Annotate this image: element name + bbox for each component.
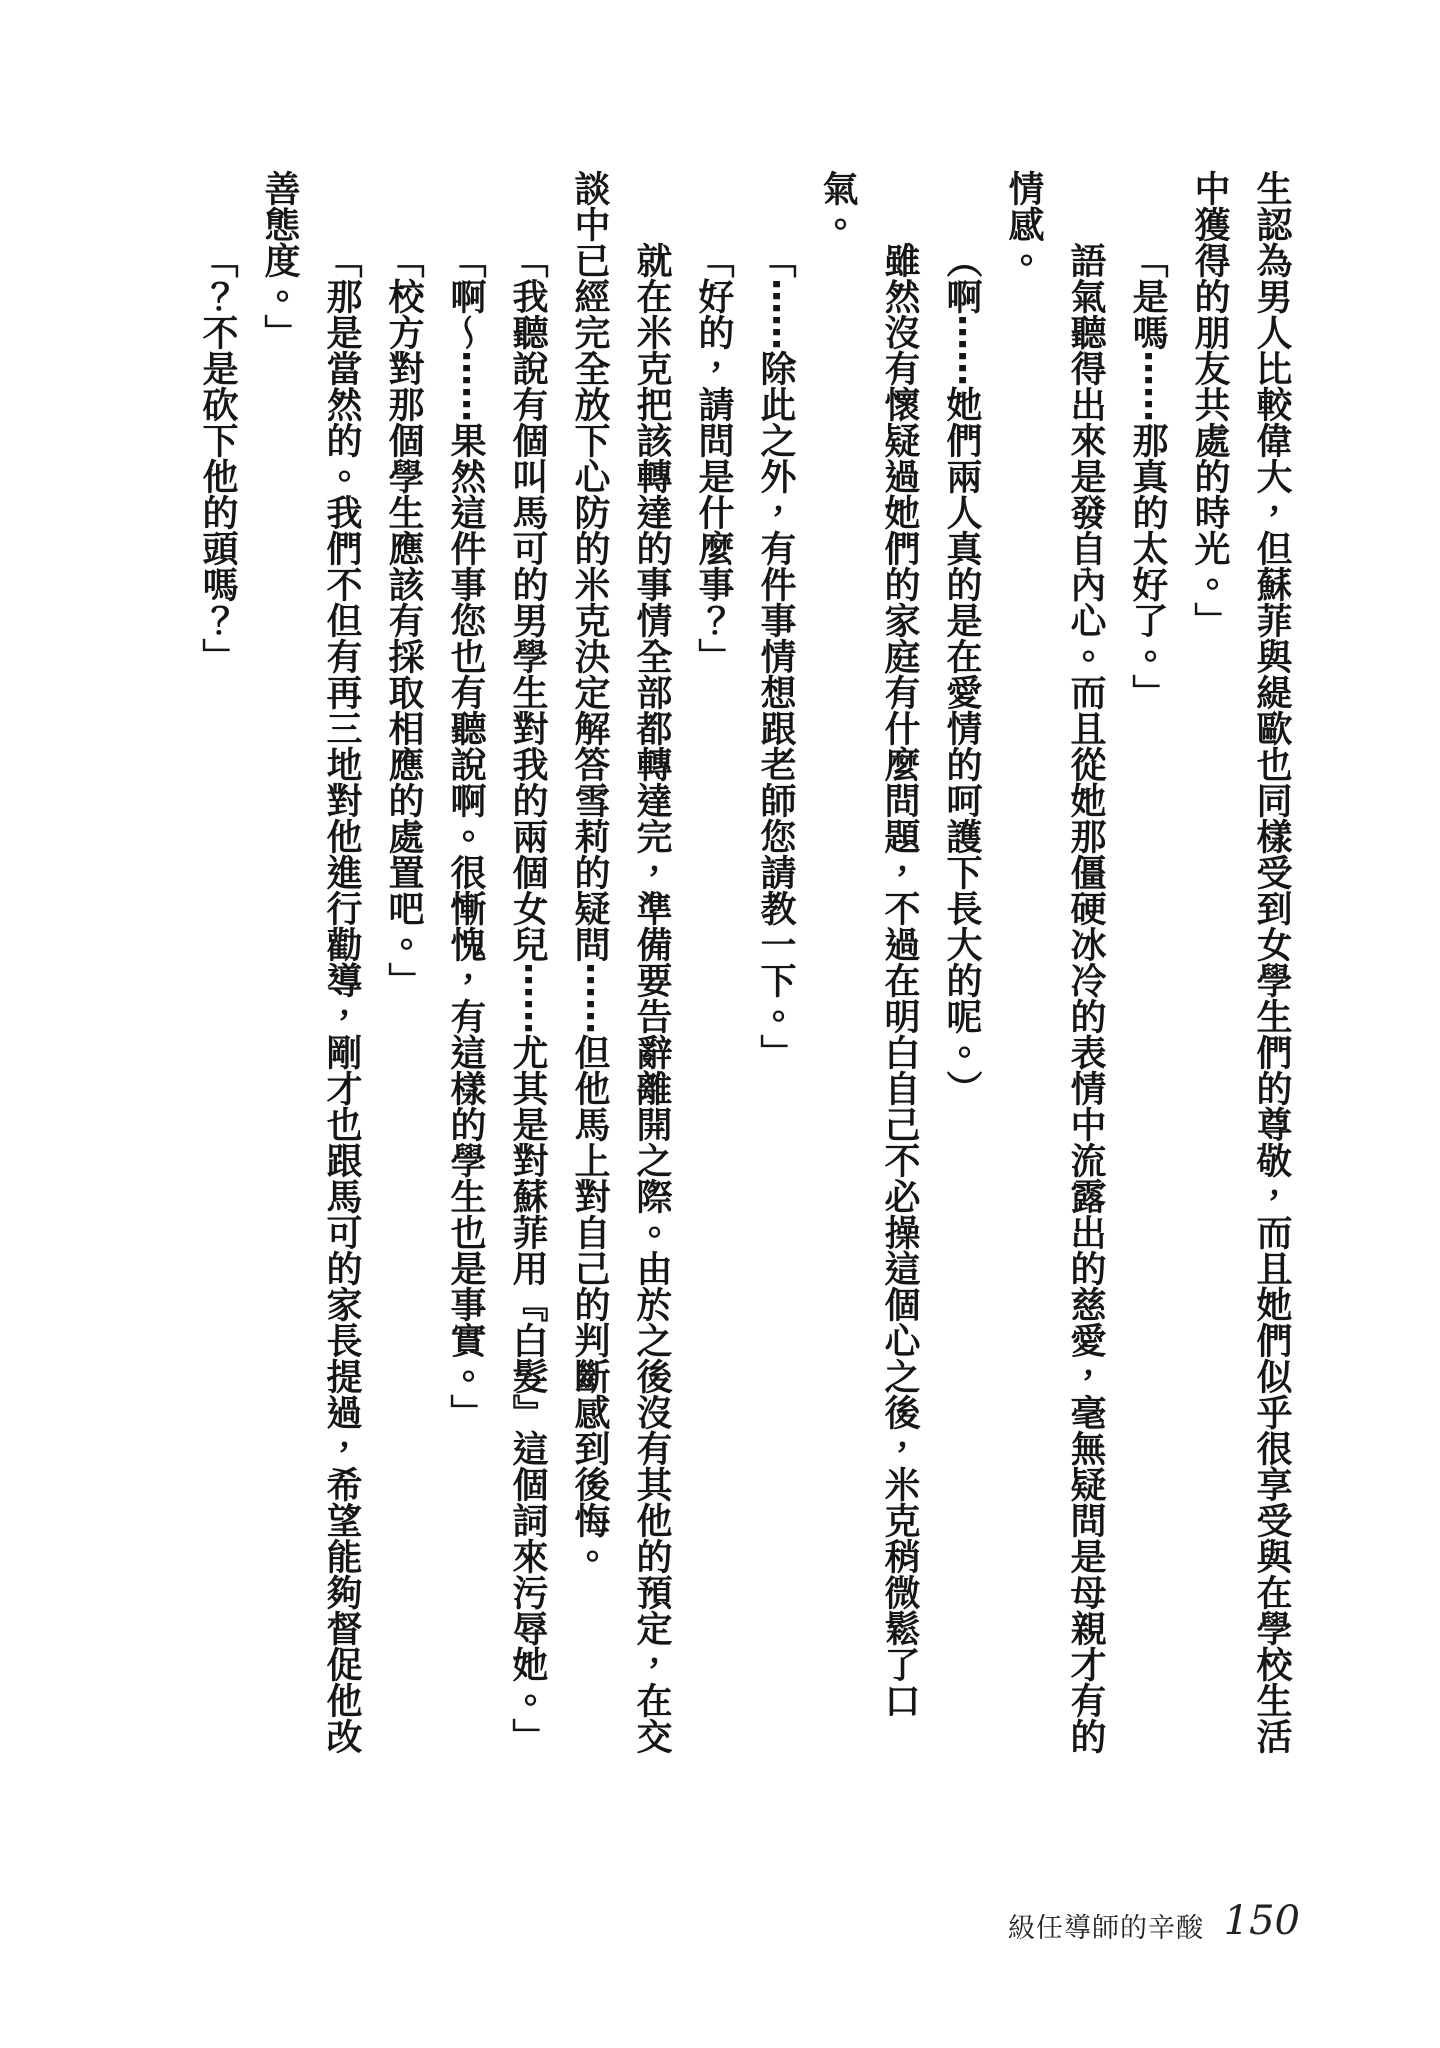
paragraph: 「那是當然的。我們不但有再三地對他進行勸導，剛才也跟馬可的家長提過，希望能夠督促… (248, 170, 372, 1754)
paragraph: （啊⋯⋯她們兩人真的是在愛情的呵護下長大的呢。） (930, 170, 992, 1754)
paragraph: 「⋯⋯除此之外，有件事情想跟老師您請教一下。」 (744, 170, 806, 1754)
paragraph: 雖然沒有懷疑過她們的家庭有什麼問題，不過在明白自己不必操這個心之後，米克稍微鬆了… (806, 170, 930, 1754)
paragraph: 「？不是砍下他的頭嗎？」 (186, 170, 248, 1754)
paragraph: 語氣聽得出來是發自內心。而且從她那僵硬冰冷的表情中流露出的慈愛，毫無疑問是母親才… (992, 170, 1116, 1754)
paragraph: 生認為男人比較偉大，但蘇菲與緹歐也同樣受到女學生們的尊敬，而且她們似乎很享受與在… (1178, 170, 1302, 1754)
paragraph: 「啊～⋯⋯果然這件事您也有聽說啊。很慚愧，有這樣的學生也是事實。」 (434, 170, 496, 1754)
chapter-title: 級任導師的辛酸 (1008, 1906, 1204, 1945)
main-text-vertical: 生認為男人比較偉大，但蘇菲與緹歐也同樣受到女學生們的尊敬，而且她們似乎很享受與在… (186, 170, 1302, 1754)
book-page: 生認為男人比較偉大，但蘇菲與緹歐也同樣受到女學生們的尊敬，而且她們似乎很享受與在… (0, 0, 1440, 2048)
paragraph: 「是嗎⋯⋯那真的太好了。」 (1116, 170, 1178, 1754)
page-number: 150 (1224, 1898, 1300, 1944)
paragraph: 「校方對那個學生應該有採取相應的處置吧。」 (372, 170, 434, 1754)
paragraph: 「好的，請問是什麼事？」 (682, 170, 744, 1754)
paragraph: 「我聽說有個叫馬可的男學生對我的兩個女兒⋯⋯尤其是對蘇菲用『白髮』這個詞來污辱她… (496, 170, 558, 1754)
paragraph: 就在米克把該轉達的事情全部都轉達完，準備要告辭離開之際。由於之後沒有其他的預定，… (558, 170, 682, 1754)
